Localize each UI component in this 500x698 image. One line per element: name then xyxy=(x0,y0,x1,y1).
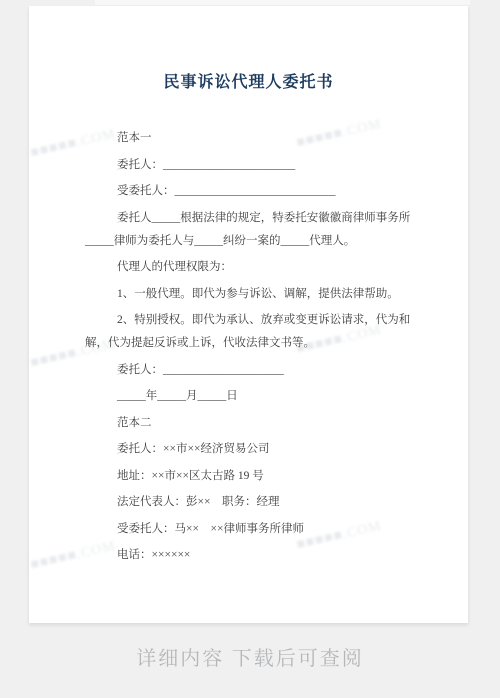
doc-paragraph-entrust-clause: 委托人_____根据法律的规定，特委托安徽徽商律师事务所_____律师为委托人与… xyxy=(85,207,417,253)
doc-paragraph-sample2-heading: 范本二 xyxy=(85,412,417,435)
doc-paragraph-legal-rep: 法定代表人：彭×× 职务：经理 xyxy=(85,491,417,514)
doc-paragraph-general-agency: 1、一般代理。即代为参与诉讼、调解，提供法律帮助。 xyxy=(85,283,417,306)
doc-paragraph-phone: 电话：×××××× xyxy=(85,544,417,567)
doc-paragraph-principal-blank: 委托人：_______________________ xyxy=(85,154,417,177)
doc-paragraph-signature-blank: 委托人：_____________________ xyxy=(85,359,417,382)
doc-paragraph-agent-blank: 受委托人：____________________________ xyxy=(85,180,417,203)
doc-paragraph-address: 地址：××市××区太古路 19 号 xyxy=(85,465,417,488)
document-title: 民事诉讼代理人委托书 xyxy=(29,6,468,92)
doc-paragraph-sample1-heading: 范本一 xyxy=(85,127,417,150)
doc-paragraph-special-auth: 2、特别授权。即代为承认、放弃或变更诉讼请求，代为和解，代为提起反诉或上诉，代收… xyxy=(85,309,417,355)
doc-paragraph-date-blank: _____年_____月_____日 xyxy=(85,385,417,408)
download-hint: 详细内容 下载后可查阅 xyxy=(0,642,500,671)
doc-paragraph-powers-heading: 代理人的代理权限为： xyxy=(85,256,417,279)
doc-paragraph-agent2: 受委托人：马×× ××律师事务所律师 xyxy=(85,518,417,541)
doc-paragraph-principal2: 委托人：××市××经济贸易公司 xyxy=(85,438,417,461)
document-page: 民事诉讼代理人委托书 范本一 委托人：_____________________… xyxy=(29,6,468,623)
previous-page-edge xyxy=(95,0,470,5)
document-body: 范本一 委托人：_______________________ 受委托人：___… xyxy=(29,127,468,567)
